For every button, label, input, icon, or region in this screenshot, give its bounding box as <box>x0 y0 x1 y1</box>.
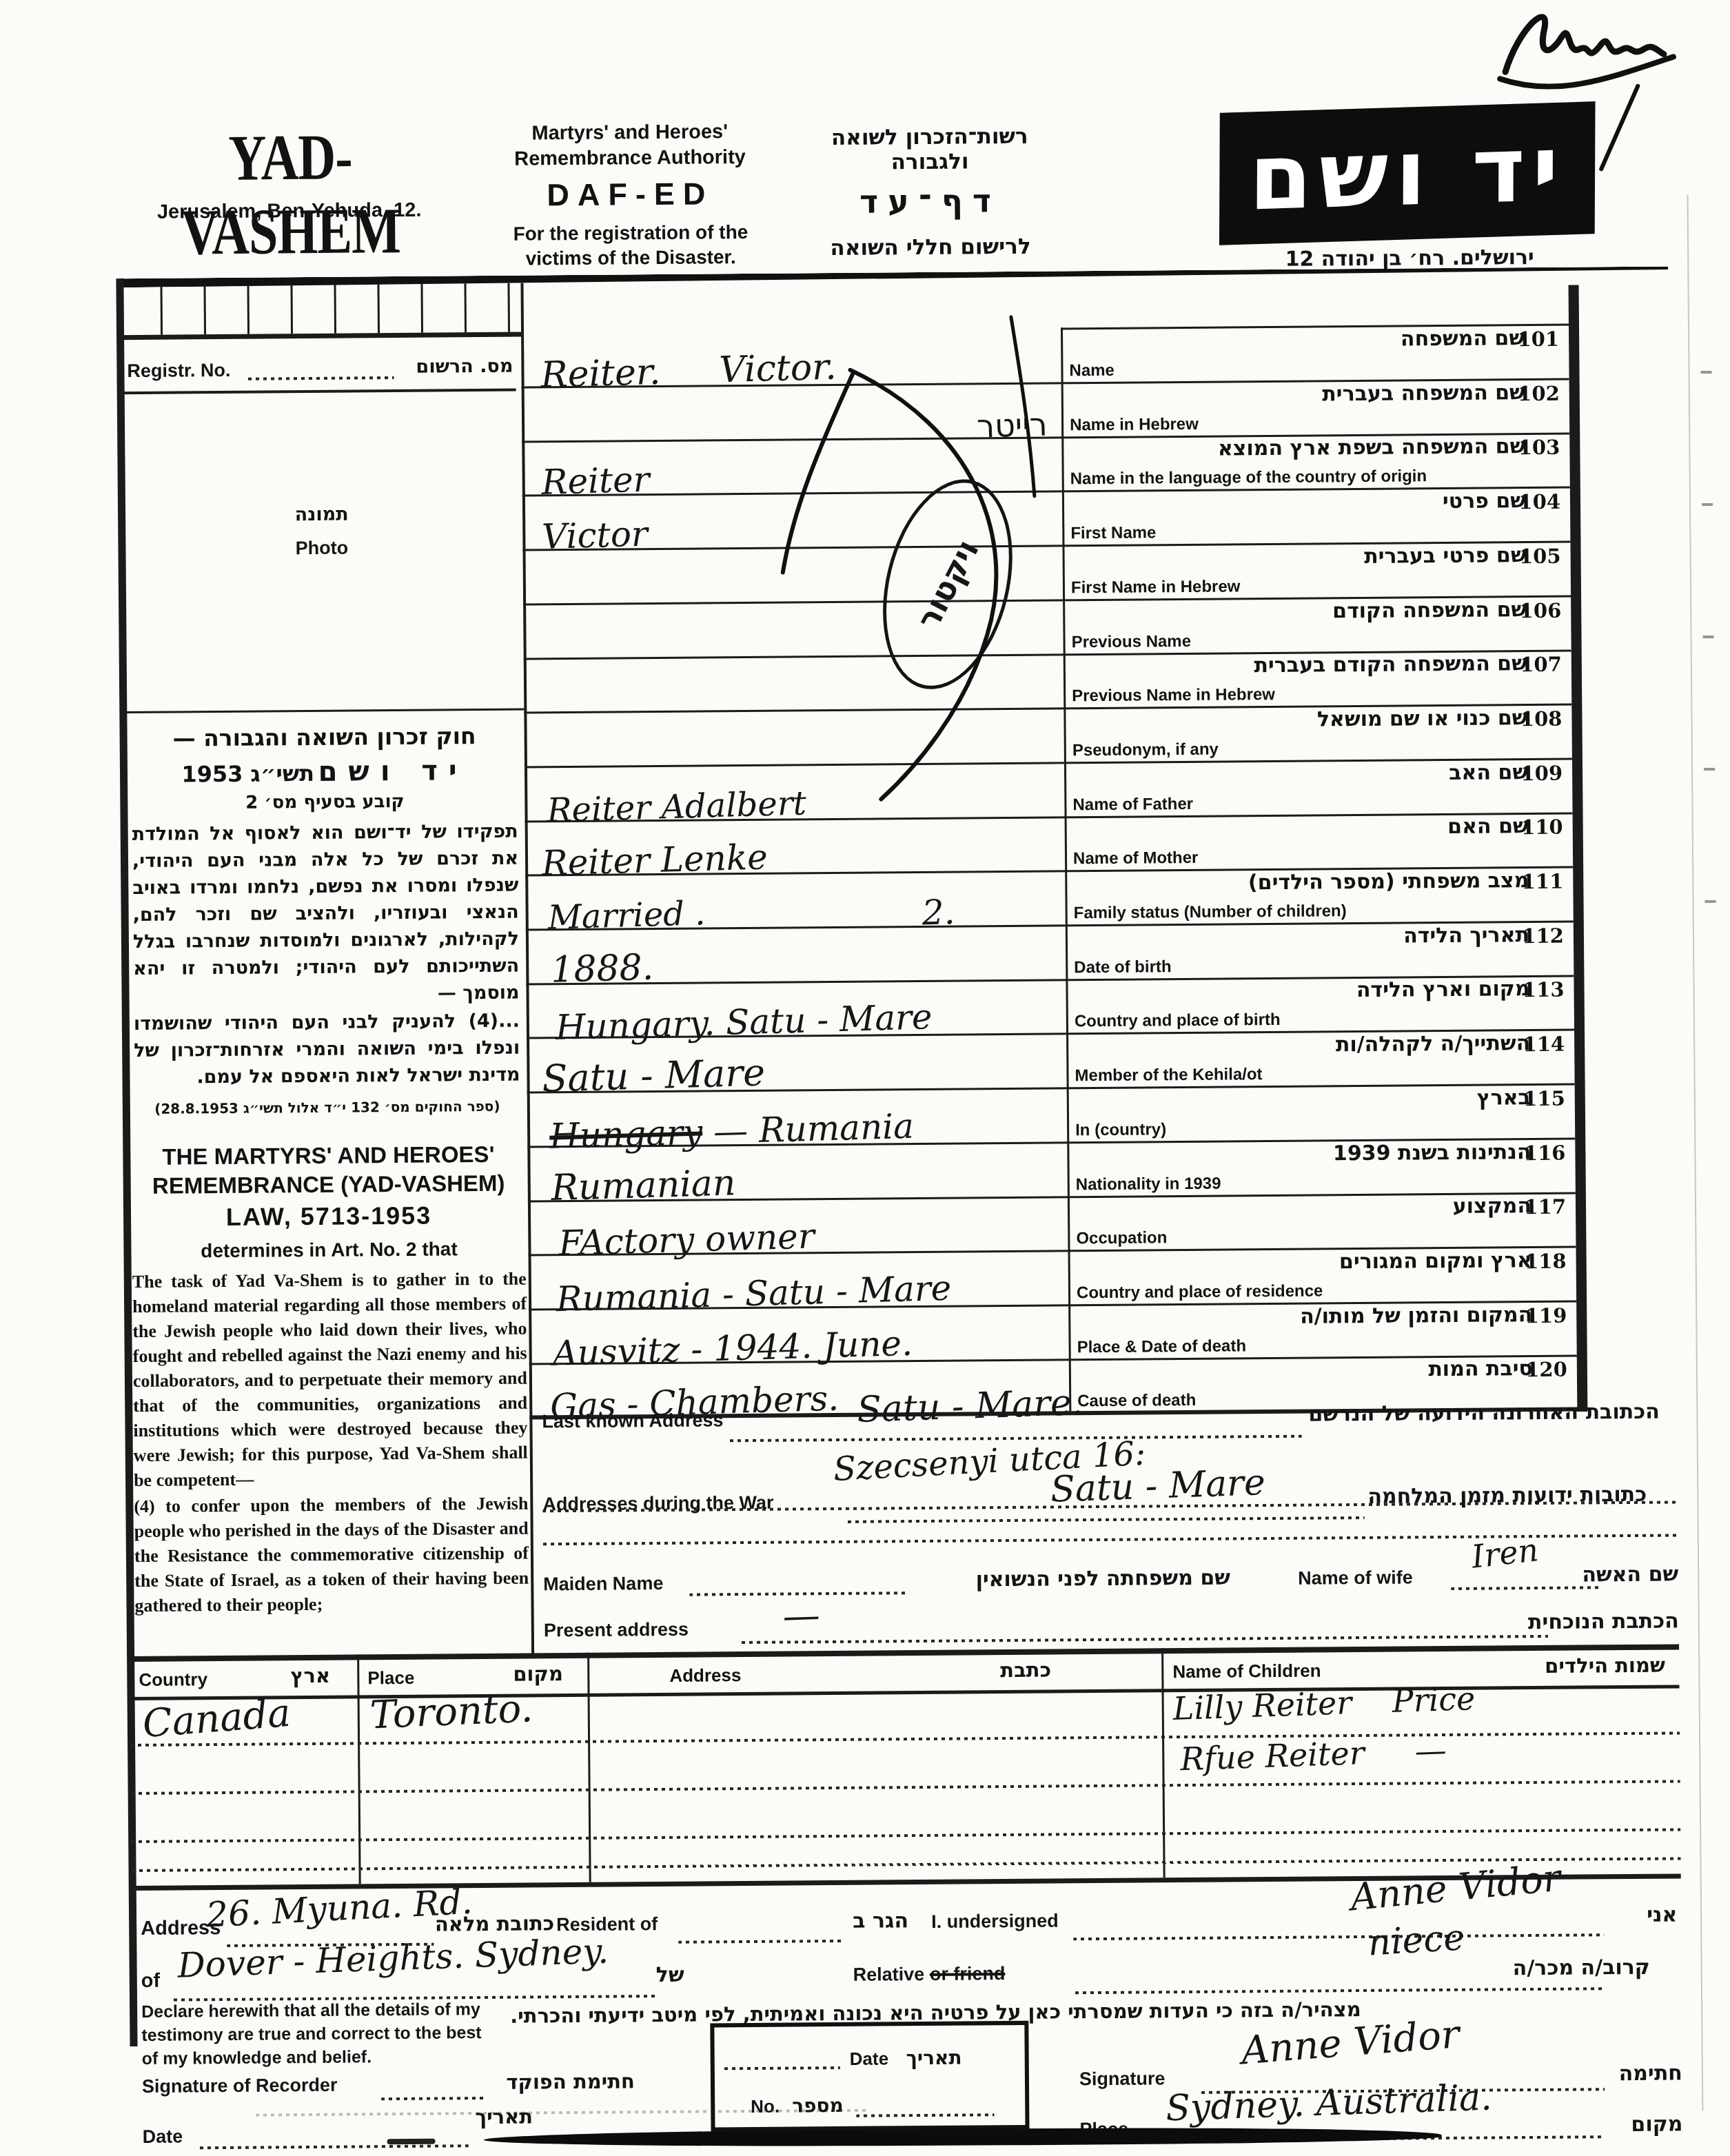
undersigned-label-hebrew: אני <box>1647 1902 1681 1926</box>
field-label-english: First Name <box>1070 523 1156 543</box>
handwritten-children-place: Toronto. <box>369 1686 533 1738</box>
field-label-english: Family status (Number of children) <box>1074 902 1347 923</box>
law-he-subtitle: קובע בסעיף מס׳ 2 <box>132 791 518 814</box>
authority-line2: Remembrance Authority <box>492 146 768 171</box>
law-he-body: תפקידו של יד־ושם הוא לאסוף אל המולדת את … <box>132 818 520 1009</box>
handwritten-relationship: niece <box>1367 1917 1466 1964</box>
law-en-title1: THE MARTYRS' AND HEROES' <box>131 1141 525 1170</box>
law-en-subtitle: determines in Art. No. 2 that <box>132 1238 526 1263</box>
field-label-english: In (country) <box>1075 1120 1166 1140</box>
purpose-line1: For the registration of the <box>493 221 769 245</box>
authority-hebrew: רשות־הזכרון לשואה ולגבורה <box>792 123 1068 175</box>
strip-cell-divider <box>377 284 380 333</box>
registr-dots <box>248 376 394 380</box>
field-label-english: Country and place of residence <box>1077 1281 1323 1303</box>
field-label-english: Country and place of birth <box>1075 1010 1281 1031</box>
signature-label-hebrew: חתימה <box>1624 2061 1682 2086</box>
handwritten-undersigned-name: Anne Vidor <box>1348 1856 1562 1920</box>
form-top-border <box>119 266 1668 287</box>
stamp-date-dots <box>724 2066 840 2070</box>
authority-line1: Martyrs' and Heroes' <box>492 121 768 145</box>
recorder-signature-dots <box>381 2097 483 2100</box>
field-label-english: Name in the language of the country of o… <box>1070 467 1427 489</box>
scan-edge-tick <box>1701 371 1712 374</box>
place-label-hebrew: מקום <box>1633 2112 1682 2137</box>
field-label-english: First Name in Hebrew <box>1071 577 1241 598</box>
relative-struck-words: or friend <box>930 1963 1006 1984</box>
undersigned-label: I. undersigned <box>931 1911 1059 1933</box>
field-label-hebrew: שם האם <box>1447 814 1529 839</box>
table-header-address: Address <box>669 1665 741 1687</box>
declaration-line2: testimony are true and correct to the be… <box>141 2020 541 2047</box>
strip-cell-divider <box>507 283 510 332</box>
field-label-hebrew: מקום וארץ הלידה <box>1356 977 1530 1002</box>
scan-smudge <box>484 2127 1442 2148</box>
recorder-signature-label: Signature of Recorder <box>142 2075 338 2097</box>
authority-block: Martyrs' and Heroes' Remembrance Authori… <box>492 121 769 270</box>
declaration-hebrew: מצהיר/ה בזה כי העדות שמסרתי כאן על פרטיה… <box>510 1995 1682 2027</box>
field-label-english: Pseudonym, if any <box>1072 740 1219 761</box>
handwritten-wife-name: Iren <box>1469 1531 1540 1576</box>
scan-content: YAD-VASHEM Jerusalem, Ben-Yehuda, 12. Ma… <box>0 0 1730 2156</box>
table-row-separator-2 <box>131 1780 1680 1795</box>
war-addresses-label-hebrew: כתובות ידועות מזמן המלחמה <box>1367 1482 1678 1509</box>
recorder-signature-label-hebrew: חתימת הפוקד <box>487 2069 635 2094</box>
strip-cell-divider <box>247 285 250 334</box>
scan-edge-tick <box>1703 635 1714 638</box>
present-address-label: Present address <box>544 1619 689 1642</box>
name-of-wife-dots <box>1451 1586 1599 1590</box>
law-block-english: THE MARTYRS' AND HEROES' REMEMBRANCE (YA… <box>131 1141 529 1618</box>
law-block-hebrew: חוק זכרון השואה והגבורה — יד ושם תשי״ג 1… <box>131 722 520 1117</box>
handwritten-first-name-hebrew: ויקטור <box>909 533 986 635</box>
field-label-hebrew: שם המשפחה הקודם <box>1332 598 1527 623</box>
handwritten-maiden-dash: — <box>782 1594 821 1638</box>
handwritten-place: Sydney. Australia. <box>1165 2077 1492 2129</box>
field-label-english: Previous Name <box>1071 631 1191 651</box>
war-addresses-label: Addresses during the War <box>542 1492 773 1516</box>
declaration-line1: Declare herewith that all the details of… <box>141 1997 541 2024</box>
law-he-title2-rest: תשי״ג 1953 <box>181 760 314 788</box>
declaration-english: Declare herewith that all the details of… <box>141 1997 542 2071</box>
last-known-address-label: Last known Address <box>542 1410 723 1432</box>
registration-strip <box>0 0 1714 1</box>
table-header-country-hebrew: ארץ <box>290 1664 330 1687</box>
authority-block-hebrew: רשות־הזכרון לשואה ולגבורה דף־עד לרישום ח… <box>792 123 1069 261</box>
table-header-place: Place <box>367 1667 414 1689</box>
handwritten-witness-suburb: Dover - Heights. Sydney. <box>177 1931 609 1985</box>
handwritten-children-name-2: Rfue Reiter — <box>1179 1731 1447 1778</box>
field-label-hebrew: המקום והזמן של מותו/ה <box>1300 1303 1532 1329</box>
numbered-field-rows: 101שם המשפחהNameReiter. Victor.102שם המש… <box>0 0 1714 1</box>
stamp-no-label-hebrew: מספר <box>792 2094 844 2117</box>
table-header-country: Country <box>139 1669 207 1691</box>
field-label-hebrew: שם המשפחה הקודם בעברית <box>1254 651 1527 678</box>
scan-edge-line <box>1687 194 1704 2111</box>
registr-no-label-hebrew: מס. הרשום <box>397 356 513 378</box>
corner-scrawl-icon <box>1505 16 1664 72</box>
scan-edge-tick <box>1702 503 1713 506</box>
scan-edge-ticks <box>0 0 1714 1</box>
field-label-hebrew: השתייך/ה לקהלה/ות <box>1336 1031 1530 1057</box>
registr-bottom-line <box>120 389 516 395</box>
relative-dots <box>1075 1987 1602 1994</box>
purpose-hebrew: לרישום חללי השואה <box>793 234 1068 261</box>
strip-cell-divider <box>203 285 206 334</box>
field-label-hebrew: שם האב <box>1449 760 1528 785</box>
stamp-no-label: No. <box>751 2096 780 2117</box>
law-he-body2: ...(4) להעניק לבני העם היהודי שהושמדו ונ… <box>134 1008 520 1091</box>
table-header-children-hebrew: שמות הילדים <box>1545 1654 1665 1678</box>
present-address-label-hebrew: הכתבת הנוכחית <box>1551 1609 1679 1634</box>
form-code-hebrew: דף־עד <box>792 181 1068 221</box>
table-divider-2 <box>587 1653 591 1882</box>
table-header-place-hebrew: מקום <box>513 1662 563 1686</box>
present-address-dots <box>742 1635 1548 1644</box>
photo-label-hebrew: תמונה <box>121 502 522 527</box>
field-label-hebrew: שם פרטי <box>1443 489 1526 513</box>
handwritten-war-address: Satu - Mare <box>1050 1462 1265 1511</box>
undersigned-dots <box>1073 1933 1604 1940</box>
form-code: DAF-ED <box>492 176 768 214</box>
full-address-label-hebrew: כתובת מלאה <box>444 1911 554 1935</box>
handwritten-last-known-address: Satu - Mare. <box>856 1382 1083 1431</box>
field-label-hebrew: שם המשפחה בשפת ארץ המוצא <box>1218 435 1526 462</box>
scanned-testimony-page: YAD-VASHEM Jerusalem, Ben-Yehuda, 12. Ma… <box>0 0 1730 2156</box>
table-header-address-hebrew: כתבת <box>1000 1658 1051 1682</box>
field-label-english: Nationality in 1939 <box>1076 1174 1221 1194</box>
field-label-english: Name in Hebrew <box>1070 415 1199 435</box>
field-label-english: Member of the Kehila/ot <box>1075 1065 1262 1086</box>
field-label-hebrew: ארץ ומקום המגורים <box>1339 1248 1532 1274</box>
law-en-title3: LAW, 5713-1953 <box>132 1201 526 1232</box>
field-label-hebrew: בארץ <box>1477 1086 1531 1110</box>
war-addresses-dots <box>848 1516 1365 1523</box>
stamp-date-label-hebrew: תאריך <box>906 2046 962 2070</box>
name-of-wife-label-hebrew: שם האשה <box>1602 1562 1678 1587</box>
signature-label: Signature <box>1079 2068 1166 2090</box>
stamp-date-label: Date <box>850 2048 889 2069</box>
field-label-hebrew: תאריך הלידה <box>1403 923 1529 948</box>
photo-bottom-line <box>122 709 524 714</box>
field-label-english: Name of Father <box>1072 795 1193 815</box>
table-top-border <box>130 1644 1679 1662</box>
resident-of-dots <box>678 1940 844 1944</box>
field-label-english: Occupation <box>1076 1228 1167 1248</box>
declaration-line3: of my knowledge and belief. <box>142 2044 542 2071</box>
org-address: Jerusalem, Ben-Yehuda, 12. <box>128 199 451 224</box>
table-header-children: Name of Children <box>1172 1660 1321 1683</box>
handwritten-children-name-1: Lilly Reiter Price <box>1172 1680 1476 1727</box>
field-label-english: Place & Date of death <box>1077 1336 1247 1357</box>
purpose-line2: victims of the Disaster. <box>493 246 769 270</box>
field-label-english: Cause of death <box>1077 1391 1196 1411</box>
law-he-title2-big: יד ושם <box>318 755 467 788</box>
name-of-wife-label: Name of wife <box>1298 1567 1413 1589</box>
scan-edge-tick <box>1705 900 1716 903</box>
resident-of-label-hebrew: הגר ב <box>853 1909 908 1933</box>
date-label: Date <box>142 2126 183 2147</box>
strip-bottom-border <box>119 332 521 340</box>
law-en-title2: REMEMBRANCE (YAD-VASHEM) <box>132 1170 526 1199</box>
scan-smudge-small <box>387 2139 436 2145</box>
of-label: of <box>141 1970 161 1993</box>
strip-cell-divider <box>160 286 163 335</box>
field-label-hebrew: שם המשפחה בעברית <box>1322 380 1525 406</box>
last-known-address-label-hebrew: הכתובת האחרונה הידועה של הנרשם <box>1308 1399 1677 1426</box>
strip-cell-divider <box>420 284 423 333</box>
office-stamp-box: Date תאריך No. מספר <box>710 2021 1029 2132</box>
field-label-english: Date of birth <box>1074 957 1172 977</box>
field-label-hebrew: שם המשפחה <box>1401 326 1525 351</box>
corner-scrawl-underline <box>1500 57 1673 87</box>
registr-no-label: Registr. No. <box>127 360 230 382</box>
field-label-hebrew: סיבת המות <box>1428 1356 1533 1381</box>
law-he-title2: יד ושם תשי״ג 1953 <box>132 755 518 789</box>
strip-cell-divider <box>290 285 293 334</box>
field-label-hebrew: מצב משפחתי (מספר הילדים) <box>1248 868 1529 895</box>
relative-word: Relative <box>853 1964 925 1985</box>
relative-label-hebrew: קרוב/ה מכר/ה <box>1513 1955 1682 1980</box>
relative-label: Relative or friend <box>853 1963 1006 1986</box>
logo-text: יד ושם <box>1249 115 1566 231</box>
law-he-footnote: (ספר החוקים מס׳ 132 י״ד אלול תשי״ג 28.8.… <box>134 1098 520 1117</box>
org-title: YAD-VASHEM <box>126 120 455 270</box>
maiden-name-label: Maiden Name <box>543 1573 663 1595</box>
scan-edge-tick <box>1704 768 1715 771</box>
table-row-separator-1 <box>130 1731 1680 1747</box>
law-en-body1: The task of Yad Va-Shem is to gather in … <box>132 1267 529 1493</box>
field-label-english: Name of Mother <box>1073 848 1199 868</box>
field-label-hebrew: המקצוע <box>1453 1194 1532 1219</box>
of-label-hebrew: של <box>656 1963 684 1987</box>
strip-cell-divider <box>334 285 336 334</box>
field-label-english: Name <box>1069 361 1115 381</box>
photo-label: Photo <box>121 536 522 561</box>
strip-cell-divider <box>464 283 467 332</box>
slash-mark <box>1600 86 1638 169</box>
table-row-separator-3 <box>131 1828 1680 1843</box>
stamp-no-dots <box>856 2113 994 2117</box>
field-label-hebrew: שם כנוי או שם מושאל <box>1317 706 1528 731</box>
field-label-english: Previous Name in Hebrew <box>1072 685 1275 706</box>
field-label-hebrew: שם פרטי בעברית <box>1364 543 1527 569</box>
yad-vashem-logo: יד ושם <box>1219 101 1596 245</box>
maiden-name-label-hebrew: שם משפחתה לפני הנשואין <box>913 1565 1292 1592</box>
field-label-hebrew: הנתינות בשנת 1939 <box>1333 1140 1531 1166</box>
date-label-hebrew: תאריך <box>475 2105 533 2129</box>
law-en-body2: (4) to confer upon the members of the Je… <box>134 1492 529 1618</box>
law-he-title1: חוק זכרון השואה והגבורה — <box>131 722 517 752</box>
table-divider-3 <box>1161 1648 1166 1878</box>
date-dots <box>200 2144 469 2149</box>
table-divider-1 <box>357 1654 361 1884</box>
